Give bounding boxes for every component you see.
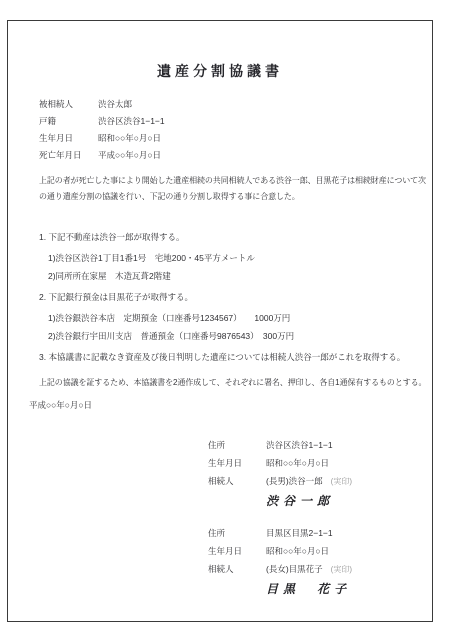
- document-date: 平成○○年○月○日: [29, 399, 92, 411]
- signer-row: 生年月日 昭和○○年○月○日: [208, 542, 352, 560]
- clause-item: 1)渋谷区渋谷1丁目1番1号 宅地200・45平方メートル: [48, 249, 255, 267]
- deceased-row-label: 被相続人: [39, 98, 98, 110]
- signer-row-label: 住所: [208, 439, 266, 451]
- signer-row-label: 相続人: [208, 475, 266, 487]
- signer-row-value: (長女)目黒花子: [266, 563, 323, 575]
- clause-item: 2)同所所在家屋 木造瓦葺2階建: [48, 267, 255, 285]
- handwritten-signature: 渋谷一郎: [266, 492, 352, 509]
- deceased-row-label: 戸籍: [39, 115, 98, 127]
- deceased-row-value: 渋谷区渋谷1−1−1: [98, 115, 165, 127]
- clause-heading: 1. 下記不動産は渋谷一郎が取得する。: [39, 231, 255, 243]
- intro-paragraph: 上記の者が死亡した事により開始した遺産相続の共同相続人である渋谷一郎、目黒花子は…: [39, 173, 431, 204]
- deceased-row: 生年月日 昭和○○年○月○日: [39, 129, 165, 146]
- deceased-row: 被相続人 渋谷太郎: [39, 95, 165, 112]
- signer-row-value: 目黒区目黒2−1−1: [266, 527, 333, 539]
- signer-block-meguro-hanako: 住所 目黒区目黒2−1−1 生年月日 昭和○○年○月○日 相続人 (長女)目黒花…: [208, 524, 352, 597]
- signer-row-value: 渋谷区渋谷1−1−1: [266, 439, 333, 451]
- page-border: 遺産分割協議書 被相続人 渋谷太郎 戸籍 渋谷区渋谷1−1−1 生年月日 昭和○…: [7, 20, 433, 622]
- clause-heading: 2. 下記銀行預金は目黒花子が取得する。: [39, 291, 294, 303]
- handwritten-signature: 目黒 花子: [266, 580, 352, 597]
- signer-row: 相続人 (長男)渋谷一郎 (実印): [208, 472, 352, 490]
- deceased-row-label: 生年月日: [39, 132, 98, 144]
- signer-block-shibuya-ichiro: 住所 渋谷区渋谷1−1−1 生年月日 昭和○○年○月○日 相続人 (長男)渋谷一…: [208, 436, 352, 509]
- deceased-row-value: 平成○○年○月○日: [98, 149, 161, 161]
- signer-row-value: 昭和○○年○月○日: [266, 457, 329, 469]
- clause-item: 1)渋谷銀渋谷本店 定期預金（口座番号1234567） 1000万円: [48, 309, 294, 327]
- signer-row-label: 生年月日: [208, 545, 266, 557]
- deceased-row-value: 渋谷太郎: [98, 98, 132, 110]
- signer-row: 住所 渋谷区渋谷1−1−1: [208, 436, 352, 454]
- signer-row-label: 生年月日: [208, 457, 266, 469]
- deceased-row-value: 昭和○○年○月○日: [98, 132, 161, 144]
- signer-row-value: 昭和○○年○月○日: [266, 545, 329, 557]
- deceased-info-block: 被相続人 渋谷太郎 戸籍 渋谷区渋谷1−1−1 生年月日 昭和○○年○月○日 死…: [39, 95, 165, 163]
- deceased-row: 死亡年月日 平成○○年○月○日: [39, 146, 165, 163]
- deceased-row: 戸籍 渋谷区渋谷1−1−1: [39, 112, 165, 129]
- signer-row-value: (長男)渋谷一郎: [266, 475, 323, 487]
- seal-note: (実印): [331, 476, 352, 487]
- clause-residual-assets: 3. 本協議書に記載なき資産及び後日判明した遺産については相続人渋谷一郎がこれを…: [39, 351, 405, 369]
- signer-row: 相続人 (長女)目黒花子 (実印): [208, 560, 352, 578]
- signer-row-label: 相続人: [208, 563, 266, 575]
- clause-real-estate: 1. 下記不動産は渋谷一郎が取得する。 1)渋谷区渋谷1丁目1番1号 宅地200…: [39, 231, 255, 285]
- document-title: 遺産分割協議書: [8, 61, 432, 81]
- signer-row: 生年月日 昭和○○年○月○日: [208, 454, 352, 472]
- signer-row: 住所 目黒区目黒2−1−1: [208, 524, 352, 542]
- clause-item: 2)渋谷銀行宇田川支店 普通預金（口座番号9876543） 300万円: [48, 327, 294, 345]
- closing-paragraph: 上記の協議を証するため、本協議書を2通作成して、それぞれに署名、押印し、各自1通…: [39, 375, 431, 391]
- clause-heading: 3. 本協議書に記載なき資産及び後日判明した遺産については相続人渋谷一郎がこれを…: [39, 351, 405, 363]
- seal-note: (実印): [331, 564, 352, 575]
- deceased-row-label: 死亡年月日: [39, 149, 98, 161]
- clause-bank-deposits: 2. 下記銀行預金は目黒花子が取得する。 1)渋谷銀渋谷本店 定期預金（口座番号…: [39, 291, 294, 345]
- signer-row-label: 住所: [208, 527, 266, 539]
